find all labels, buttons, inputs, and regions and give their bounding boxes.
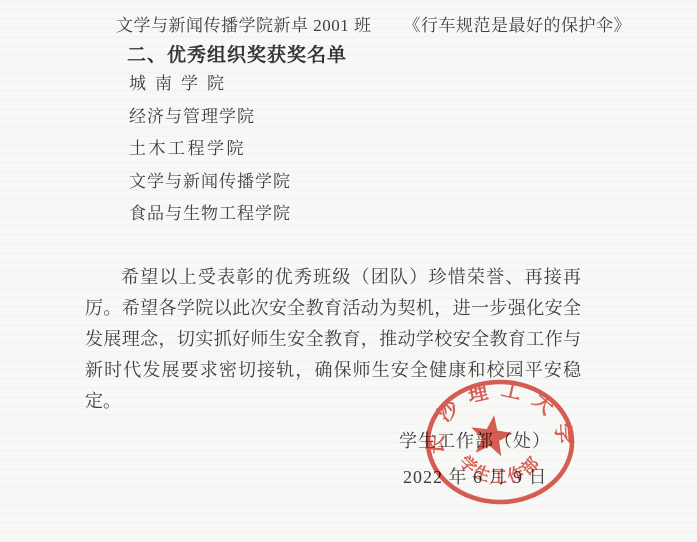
- closing-paragraph: 希望以上受表彰的优秀班级（团队）珍惜荣誉、再接再厉。希望各学院以此次安全教育活动…: [85, 262, 581, 417]
- winner-item: 食品与生物工程学院: [129, 203, 291, 236]
- section-heading: 二、优秀组织奖获奖名单: [127, 40, 347, 67]
- intro-line: 文学与新闻传播学院新卓 2001 班《行车规范是最好的保护伞》: [116, 11, 631, 36]
- winner-item: 城南学院: [129, 73, 291, 106]
- winner-item: 文学与新闻传播学院: [129, 171, 291, 204]
- signature-date: 2022 年 6 月 9 日: [403, 463, 551, 489]
- winner-list: 城南学院 经济与管理学院 土木工程学院 文学与新闻传播学院 食品与生物工程学院: [129, 73, 291, 236]
- winner-item: 土木工程学院: [129, 138, 291, 171]
- award-class-name: 文学与新闻传播学院新卓 2001 班: [116, 16, 372, 35]
- signature-department: 学生工作部（处）: [399, 427, 551, 453]
- award-work-title: 《行车规范是最好的保护伞》: [404, 16, 632, 35]
- signature-block: 学生工作部（处） 2022 年 6 月 9 日: [399, 427, 551, 489]
- winner-item: 经济与管理学院: [129, 106, 291, 139]
